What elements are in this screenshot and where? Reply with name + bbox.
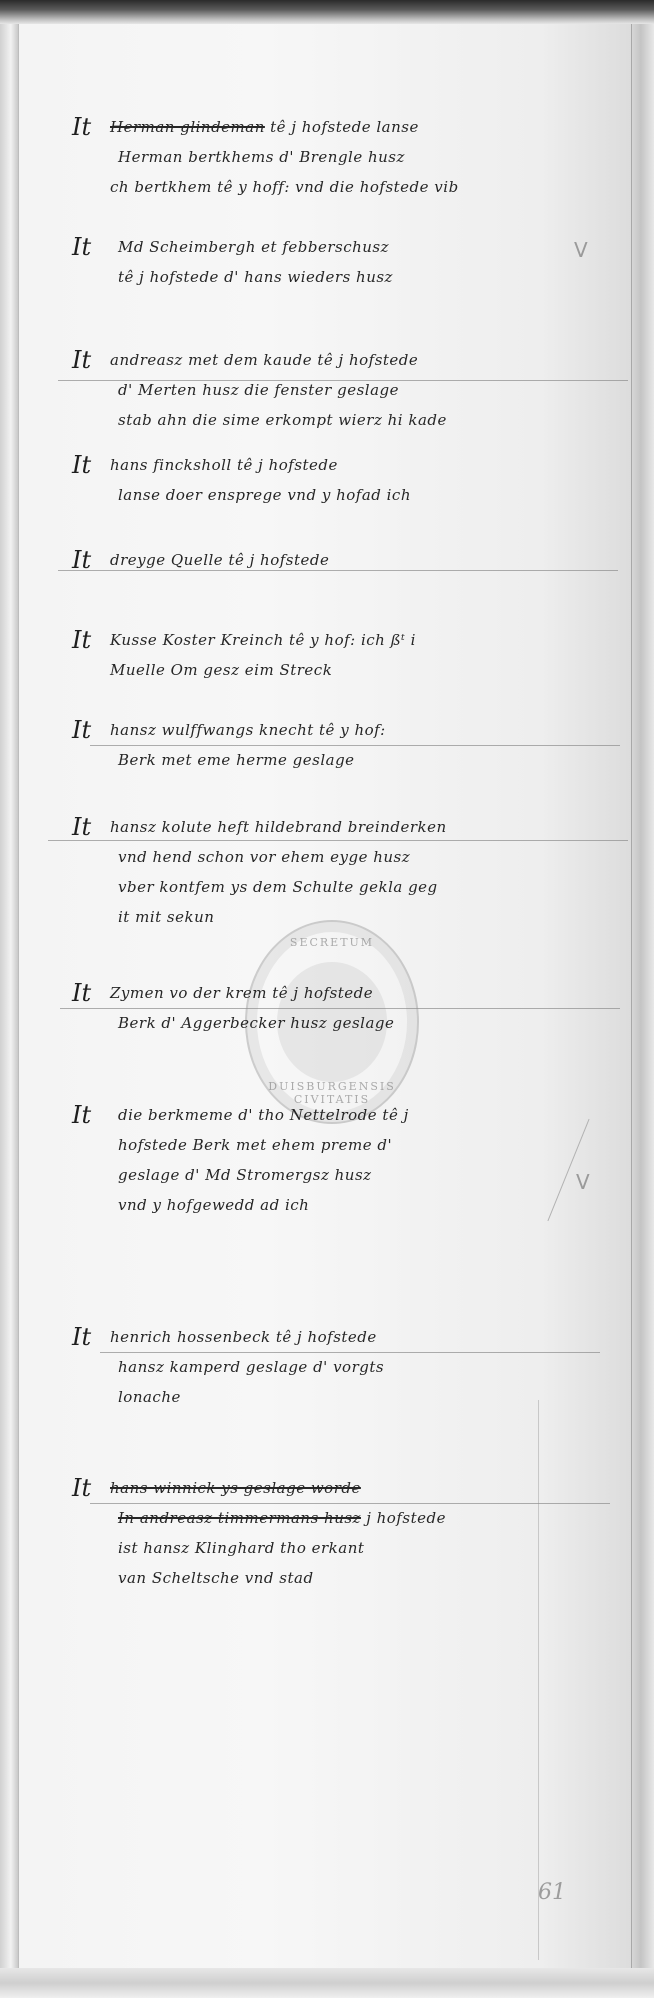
item-marker: It [72, 1473, 91, 1503]
struck-text: In andreasz timmermans husz [118, 1509, 361, 1527]
item-marker: It [72, 232, 91, 262]
entry-line: Muelle Om gesz eim Streck [72, 655, 612, 685]
item-marker: It [72, 545, 91, 575]
entry-line: van Scheltsche vnd stad [72, 1563, 612, 1593]
ledger-entry: It Zymen vo der krem tê j hofstede Berk … [72, 978, 612, 1038]
entry-line: it mit sekun [72, 902, 612, 932]
entry-line: Md Scheimbergh et febberschusz [72, 232, 612, 262]
ledger-entry: It Md Scheimbergh et febberschusz tê j h… [72, 232, 612, 292]
entry-line: tê j hofstede d' hans wieders husz [72, 262, 612, 292]
entry-line: vnd y hofgewedd ad ich [72, 1190, 612, 1220]
ledger-entry: It hans winnick ys geslage worde In andr… [72, 1473, 612, 1593]
entry-line: die berkmeme d' tho Nettelrode tê j [72, 1100, 612, 1130]
entry-line: vber kontfem ys dem Schulte gekla geg [72, 872, 612, 902]
seal-text-top: SECRETUM [247, 936, 417, 949]
page-edge-bottom [0, 1968, 654, 1998]
entry-line: Kusse Koster Kreinch tê y hof: ich ßᵗ i [72, 625, 612, 655]
entry-line: andreasz met dem kaude tê j hofstede [72, 345, 612, 375]
page-edge-right [631, 0, 654, 1998]
page-edge-top [0, 0, 654, 24]
entry-line: lonache [72, 1382, 612, 1412]
entry-line: vnd hend schon vor ehem eyge husz [72, 842, 612, 872]
folio-number: 61 [538, 1880, 566, 1905]
entry-line-trail: tê j hofstede lanse [265, 118, 419, 136]
entry-line: Berk met eme herme geslage [72, 745, 612, 775]
entry-line-trail: j hofstede [361, 1509, 446, 1527]
ledger-entry: It Herman glindeman tê j hofstede lanse … [72, 112, 612, 202]
entry-line: hansz wulffwangs knecht tê y hof: [72, 715, 612, 745]
margin-check-mark: V [576, 1170, 590, 1194]
item-marker: It [72, 112, 91, 142]
entry-line: Herman bertkhems d' Brengle husz [72, 142, 612, 172]
ledger-entry: It Kusse Koster Kreinch tê y hof: ich ßᵗ… [72, 625, 612, 685]
item-marker: It [72, 1322, 91, 1352]
item-marker: It [72, 450, 91, 480]
entry-line: stab ahn die sime erkompt wierz hi kade [72, 405, 612, 435]
entry-line: d' Merten husz die fenster geslage [72, 375, 612, 405]
ledger-entry: It henrich hossenbeck tê j hofstede hans… [72, 1322, 612, 1412]
entry-line: hans winnick ys geslage worde [72, 1473, 612, 1503]
entry-line: In andreasz timmermans husz j hofstede [72, 1503, 612, 1533]
entry-line: Berk d' Aggerbecker husz geslage [72, 1008, 612, 1038]
struck-text: hans winnick ys geslage worde [110, 1479, 361, 1497]
ledger-entry: It hansz kolute heft hildebrand breinder… [72, 812, 612, 932]
entry-line: hans fincksholl tê j hofstede [72, 450, 612, 480]
item-marker: It [72, 812, 91, 842]
item-marker: It [72, 345, 91, 375]
item-marker: It [72, 978, 91, 1008]
entry-line: ist hansz Klinghard tho erkant [72, 1533, 612, 1563]
entry-line: henrich hossenbeck tê j hofstede [72, 1322, 612, 1352]
ledger-entry: It dreyge Quelle tê j hofstede [72, 545, 612, 575]
item-marker: It [72, 625, 91, 655]
ledger-entry: It die berkmeme d' tho Nettelrode tê j h… [72, 1100, 612, 1220]
item-marker: It [72, 1100, 91, 1130]
ledger-entry: It hans fincksholl tê j hofstede lanse d… [72, 450, 612, 510]
margin-check-mark: V [574, 238, 588, 262]
entry-line: lanse doer ensprege vnd y hofad ich [72, 480, 612, 510]
entry-line: Zymen vo der krem tê j hofstede [72, 978, 612, 1008]
entry-line: hofstede Berk met ehem preme d' [72, 1130, 612, 1160]
entry-line: dreyge Quelle tê j hofstede [72, 545, 612, 575]
entry-line: Herman glindeman tê j hofstede lanse [72, 112, 612, 142]
ledger-entry: It hansz wulffwangs knecht tê y hof: Ber… [72, 715, 612, 775]
struck-text: Herman glindeman [110, 118, 265, 136]
page-binding-left [0, 0, 18, 1998]
ledger-entry: It andreasz met dem kaude tê j hofstede … [72, 345, 612, 435]
entry-line: hansz kolute heft hildebrand breinderken [72, 812, 612, 842]
entry-line: ch bertkhem tê y hoff: vnd die hofstede … [72, 172, 612, 202]
entry-line: geslage d' Md Stromergsz husz [72, 1160, 612, 1190]
entry-line: hansz kamperd geslage d' vorgts [72, 1352, 612, 1382]
item-marker: It [72, 715, 91, 745]
